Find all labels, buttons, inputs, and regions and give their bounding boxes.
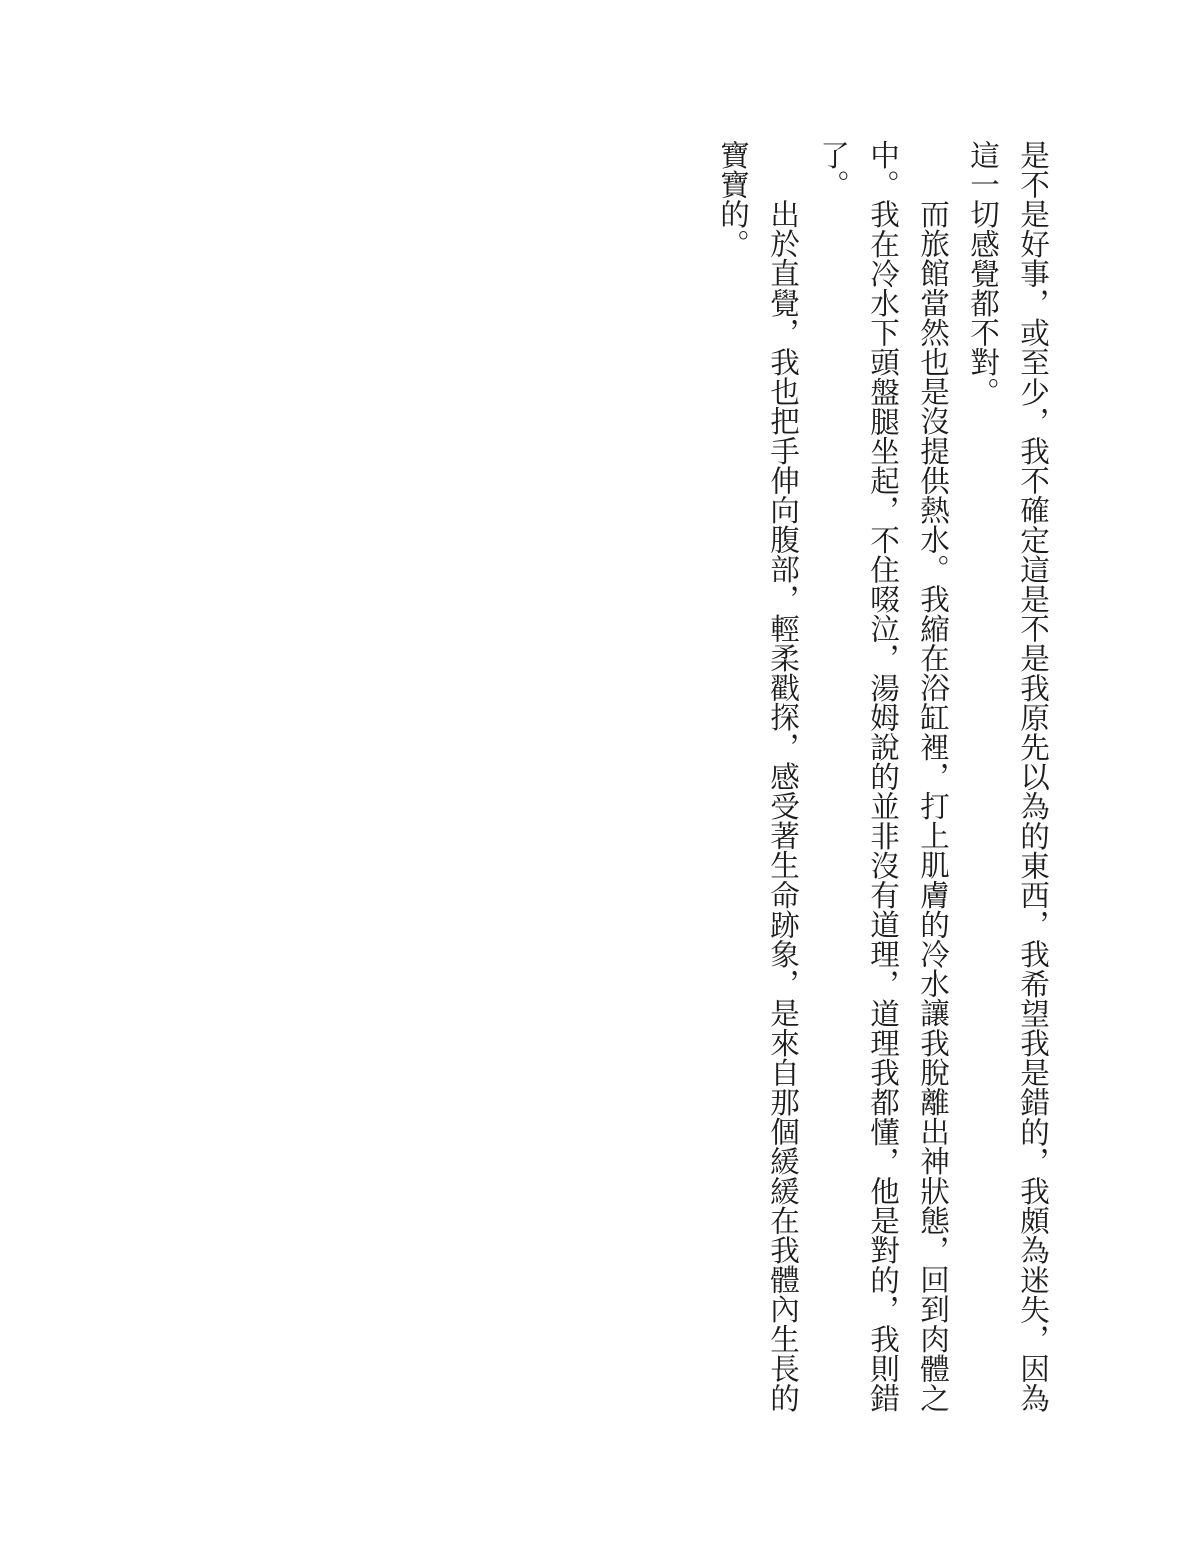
paragraph-2: 而旅館當然也是沒提供熱水。我縮在浴缸裡，打上肌膚的冷水讓我脫離出神狀態，回到肉體…: [807, 140, 957, 1414]
book-page: 是不是好事，或至少，我不確定這是不是我原先以為的東西，我希望我是錯的，我頗為迷失…: [0, 0, 1200, 1554]
paragraph-3: 出於直覺，我也把手伸向腹部，輕柔戳探，感受著生命跡象，是來自那個緩緩在我體內生長…: [707, 140, 807, 1414]
paragraph-1: 是不是好事，或至少，我不確定這是不是我原先以為的東西，我希望我是錯的，我頗為迷失…: [957, 140, 1057, 1414]
vertical-text-block: 是不是好事，或至少，我不確定這是不是我原先以為的東西，我希望我是錯的，我頗為迷失…: [707, 140, 1057, 1414]
